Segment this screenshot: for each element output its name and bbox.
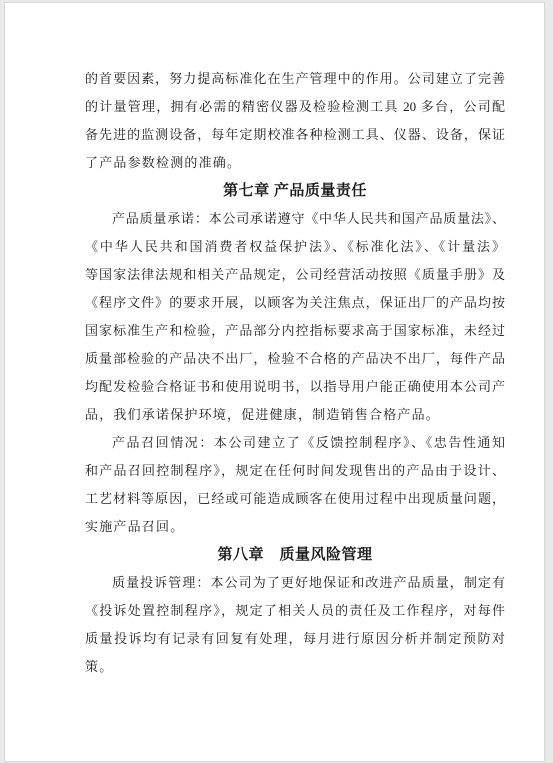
chapter-7-heading: 第七章 产品质量责任 <box>85 177 505 205</box>
text-line: 《程序文件》的要求开展，以顾客为关注焦点，保证出厂的产品均按 <box>85 289 505 317</box>
text-line: 国家标准生产和检验，产品部分内控指标要求高于国家标准，未经过 <box>85 317 505 345</box>
chapter-8-heading: 第八章 质量风险管理 <box>85 541 505 569</box>
text-line: 的首要因素，努力提高标准化在生产管理中的作用。公司建立了完善 <box>85 65 505 93</box>
text-line: 质量投诉均有记录有回复有处理，每月进行原因分析并制定预防对 <box>85 625 505 653</box>
text-line: 《中华人民共和国消费者权益保护法》、《标准化法》、《计量法》 <box>85 233 505 261</box>
page-content: 的首要因素，努力提高标准化在生产管理中的作用。公司建立了完善 的计量管理，拥有必… <box>5 3 544 681</box>
document-viewer-canvas: 的首要因素，努力提高标准化在生产管理中的作用。公司建立了完善 的计量管理，拥有必… <box>0 0 553 763</box>
text-line: 的计量管理，拥有必需的精密仪器及检验检测工具 20 多台，公司配 <box>85 93 505 121</box>
text-line: 等国家法律法规和相关产品规定，公司经营活动按照《质量手册》及 <box>85 261 505 289</box>
text-line: 工艺材料等原因，已经或可能造成顾客在使用过程中出现质量问题， <box>85 485 505 513</box>
text-line: 策。 <box>85 653 505 681</box>
text-line: 备先进的监测设备，每年定期校准各种检测工具、仪器、设备，保证 <box>85 121 505 149</box>
text-line: 品，我们承诺保护环境，促进健康，制造销售合格产品。 <box>85 401 505 429</box>
document-page: 的首要因素，努力提高标准化在生产管理中的作用。公司建立了完善 的计量管理，拥有必… <box>4 2 545 762</box>
text-line: 实施产品召回。 <box>85 513 505 541</box>
text-line: 产品质量承诺：本公司承诺遵守《中华人民共和国产品质量法》、 <box>85 205 505 233</box>
text-line: 产品召回情况：本公司建立了《反馈控制程序》、《忠告性通知 <box>85 429 505 457</box>
text-line: 质量部检验的产品决不出厂，检验不合格的产品决不出厂，每件产品 <box>85 345 505 373</box>
text-line: 了产品参数检测的准确。 <box>85 149 505 177</box>
text-line: 均配发检验合格证书和使用说明书，以指导用户能正确使用本公司产 <box>85 373 505 401</box>
text-line: 质量投诉管理：本公司为了更好地保证和改进产品质量，制定有 <box>85 569 505 597</box>
text-line: 《投诉处置控制程序》，规定了相关人员的责任及工作程序，对每件 <box>85 597 505 625</box>
text-line: 和产品召回控制程序》，规定在任何时间发现售出的产品由于设计、 <box>85 457 505 485</box>
